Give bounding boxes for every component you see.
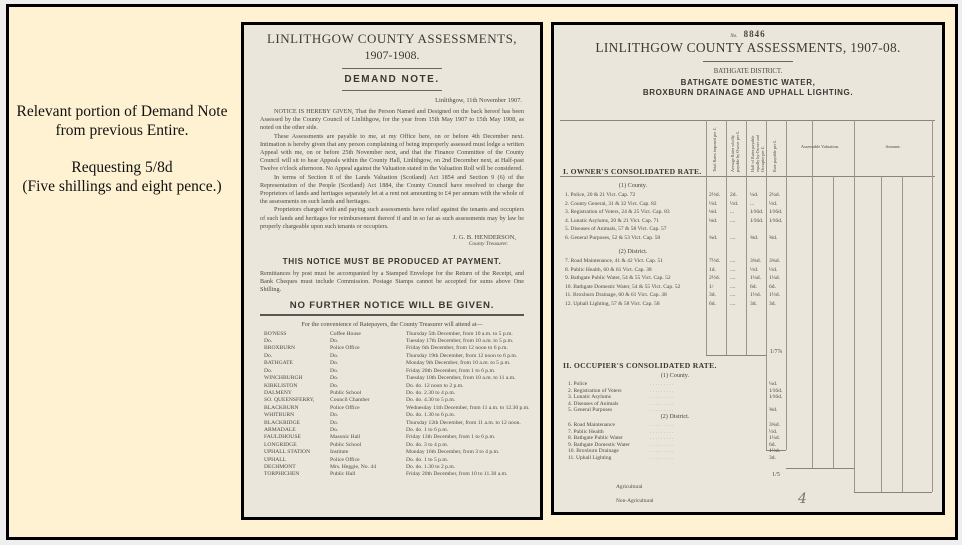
schedule-place: DECHMONT [262,464,328,471]
leader-dots: . . . . . . . . . [650,381,673,387]
leader-dots: . . . . . . . . . [650,442,673,448]
number-label: No. [730,34,737,39]
treasurer-signature: J. G. B. HENDERSON, [244,234,540,241]
rate-cell-c1: ⅛d. [709,209,717,215]
rate-row-label: 3. Registration of Voters, 24 & 25 Vict.… [565,209,670,215]
schedule-place: Do. [262,338,328,345]
header-rate-payable: Rate payable per £. [772,126,777,172]
rate-cell-c1: 1/ [709,284,713,290]
schedule-place: WHITBURN [262,412,328,419]
attendance-schedule: BO'NESSCoffee HouseThursday 5th December… [262,331,532,479]
leader-dots: . . . . . . . . . [650,429,673,435]
rate-cell-c1: 1d. [709,267,716,273]
occupier-rate-cell: ⅜d. [769,407,777,413]
leader-dots: . . . . . . . . . [650,422,673,428]
occupier-row-label: 5. General Purposes [568,407,612,413]
schedule-place: ARMADALE [262,427,328,434]
issue-date: Linlithgow, 11th November 1907. [244,97,540,104]
sum-box-line [902,513,903,515]
district-name: BATHGATE DISTRICT. [554,68,942,75]
demand-note-title: LINLITHGOW COUNTY ASSESSMENTS, [244,31,540,47]
schedule-time: Friday 6th December, from 12 noon to 6 p… [404,345,532,352]
number-value: 8846 [744,29,766,39]
rate-row-label: 7. Road Maintenance, 41 & 42 Vict. Cap. … [565,258,663,264]
schedule-time: Wednesday 11th December, from 11 a.m. to… [404,405,532,412]
attendance-intro: For the convenience of Ratepayers, the C… [244,321,540,328]
rate-row-label: 10. Bathgate Domestic Water, 54 & 55 Vic… [565,284,680,290]
caption: Relevant portion of Demand Note from pre… [8,102,236,196]
schedule-office: Institute [328,449,404,456]
schedule-row: WINCHBURGHDo.Tuesday 10th December, from… [262,375,532,382]
occupier-county-heading: (1) County. [600,372,750,379]
demand-note-document: LINLITHGOW COUNTY ASSESSMENTS, 1907-1908… [241,22,543,520]
schedule-office: Public School [328,442,404,449]
owner-total: 1/7⅞ [766,349,786,355]
schedule-place: DALMENY [262,390,328,397]
schedule-place: Do. [262,353,328,360]
owner-section-title: I. OWNER'S CONSOLIDATED RATE. [563,167,702,176]
schedule-place: BROXBURN [262,345,328,352]
schedule-office: Do. [328,383,404,390]
leader-dots: . . . . . . . . . [650,407,673,413]
occupier-rate-cell: 1½d. [769,448,780,454]
schedule-office: Do. [328,360,404,367]
schedule-place: WINCHBURGH [262,375,328,382]
schedule-office: Police Office [328,345,404,352]
schedule-office: Do. [328,427,404,434]
divider [342,68,442,69]
occupier-row-label: 11. Uphall Lighting [568,455,611,461]
schedule-time: Tuesday 10th December, from 10 a.m. to 1… [404,375,532,382]
assessment-document: No. 8846 LINLITHGOW COUNTY ASSESSMENTS, … [551,22,945,515]
assessment-title: LINLITHGOW COUNTY ASSESSMENTS, 1907-08. [554,40,942,56]
schedule-time: Friday 20th December, from 10 to 11.30 a… [404,471,532,478]
schedule-time: Do. do. 1 to 5 p.m. [404,457,532,464]
header-bottom-rule [560,176,935,177]
schedule-office: Do. [328,368,404,375]
rate-cell-c3: ⅜d. [750,235,758,241]
schedule-place: KIRKLISTON [262,383,328,390]
schedule-time: Friday 20th December, from 1 to 6 p.m. [404,368,532,375]
schedule-row: BLACKBURNPolice OfficeWednesday 11th Dec… [262,405,532,412]
rate-row-label: 5. Diseases of Animals, 57 & 58 Vict. Ca… [565,226,666,232]
schedule-place: BATHGATE [262,360,328,367]
leader-dots: . . . . . . . . . [650,435,673,441]
rate-cell-c3: 1⁄16d. [750,218,763,224]
divider [703,61,793,62]
schedule-time: Monday 16th December, from 3 to 4 p.m. [404,449,532,456]
schedule-row: WHITBURNDo.Do. do. 1.30 to 6 p.m. [262,412,532,419]
rate-cell-c2: .... [730,235,736,241]
schedule-row: DALMENYPublic SchoolDo. do. 2.30 to 4 p.… [262,390,532,397]
schedule-place: UPHALL STATION [262,449,328,456]
occupier-row-label: 2. Registration of Voters [568,388,622,394]
schedule-time: Thursday 5th December, from 10 a.m. to 5… [404,331,532,338]
rate-cell-c4: 3¾d. [769,258,780,264]
rate-cell-c2: .... [730,292,736,298]
schedule-time: Do. do. 12 noon to 2 p.m. [404,383,532,390]
column-line [706,120,707,355]
schedule-office: Police Office [328,457,404,464]
assessment-number: No. 8846 [554,29,942,39]
schedule-time: Do. do. 1.30 to 6 p.m. [404,412,532,419]
occupier-row-label: 9. Bathgate Domestic Water [568,442,630,448]
relief-paragraph: Proprietors charged with and paying such… [244,206,540,231]
occupier-row-label: 4. Diseases of Animals [568,401,618,407]
occupier-rate-cell: 1⁄16d. [769,388,782,394]
occupier-section-title: II. OCCUPIER'S CONSOLIDATED RATE. [563,361,717,370]
occupier-row-label: 3. Lunatic Asylums [568,394,611,400]
payment-paragraph: These Assessments are payable to me, at … [244,133,540,174]
rate-table: Total Rates imposed per £. Average Rates… [560,120,935,512]
rate-cell-c4: ½d. [769,201,777,207]
rate-cell-c3: 6d. [750,284,757,290]
rate-cell-c2: .... [730,267,736,273]
column-line [726,120,727,355]
rate-cell-c2: ... [730,209,734,215]
column-line [881,176,882,492]
schedule-row: UPHALL STATIONInstituteMonday 16th Decem… [262,449,532,456]
rate-cell-c2: .... [730,258,736,264]
schedule-office: Mrs. Heggie, No. 44 [328,464,404,471]
owner-box-bottom [706,355,766,356]
schedule-row: KIRKLISTONDo.Do. do. 12 noon to 2 p.m. [262,383,532,390]
rate-cell-c4: 6d. [769,284,776,290]
sum-box-line [854,513,855,515]
rate-cell-c2: .... [730,301,736,307]
header-assessable-valuation: Assessable Valuation. [786,144,854,149]
occupier-rate-cell: ½d. [769,429,777,435]
schedule-place: BLACKBURN [262,405,328,412]
rate-cell-c4: 1½d. [769,292,780,298]
rate-cell-c3: 3d. [750,301,757,307]
rate-row-label: 1. Police, 20 & 21 Vict. Cap. 72 [565,192,635,198]
schedule-place: BO'NESS [262,331,328,338]
leader-dots: . . . . . . . . . [650,448,673,454]
schedule-time: Do. do. 2.30 to 4 p.m. [404,390,532,397]
valuation-handwritten: 4 [798,491,807,507]
occupier-rate-cell: 1⁄16d. [769,394,782,400]
schedule-place: UPHALL [262,457,328,464]
assessment-subtitle-2: BROXBURN DRAINAGE AND UPHALL LIGHTING. [554,88,942,98]
rate-cell-c2: ½d. [730,201,738,207]
column-line [812,120,813,468]
schedule-office: Police Office [328,405,404,412]
schedule-row: TORPHICHENPublic HallFriday 20th Decembe… [262,471,532,478]
schedule-office: Do. [328,375,404,382]
rate-row-label: 12. Uphall Lighting, 57 & 58 Vict. Cap. … [565,301,660,307]
column-line [746,120,747,355]
schedule-place: LONGRIDGE [262,442,328,449]
owner-county-heading: (1) County. [560,182,706,189]
column-line [833,176,834,468]
final-notice: NO FURTHER NOTICE WILL BE GIVEN. [244,300,540,311]
occupier-district-heading: (2) District. [600,413,750,420]
rate-cell-c2: 2d. [730,192,737,198]
column-line [902,176,903,492]
occupier-total: 1/5 [766,472,786,478]
rate-cell-c2: .... [730,275,736,281]
rate-cell-c2: .... [730,218,736,224]
notice-paragraph: NOTICE IS HEREBY GIVEN, That the Person … [244,108,540,133]
occupier-rate-cell: 6d. [769,442,776,448]
schedule-time: Friday 13th December, from 1 to 6 p.m. [404,434,532,441]
rate-cell-c4: ⅜d. [769,235,777,241]
sum-box-line [917,513,918,515]
column-line [854,120,855,492]
schedule-row: SO. QUEENSFERRY,Council ChamberDo. do. 4… [262,397,532,404]
rate-cell-c1: 7½d. [709,258,720,264]
occupier-row-label: 10. Broxburn Drainage [568,448,619,454]
schedule-office: Do. [328,420,404,427]
rate-cell-c4: ½d. [769,267,777,273]
schedule-office: Do. [328,353,404,360]
header-owner-rates: Average Rates wholly payable by Owner pe… [730,126,740,172]
column-line [932,120,933,492]
occupier-rate-cell: 1¼d. [769,435,780,441]
occupier-rate-cell: ¼d. [769,381,777,387]
agricultural-label: Agricultural [616,484,642,490]
caption-description: Relevant portion of Demand Note from pre… [8,102,236,140]
rate-cell-c3: 3¾d. [750,258,761,264]
treasurer-title: County Treasurer. [244,241,540,247]
valuation-box-bottom [786,468,854,469]
column-line [766,120,767,450]
divider [342,90,442,91]
rate-cell-c3: ½d. [750,267,758,273]
rate-cell-c1: 6d. [709,301,716,307]
rate-cell-c4: 1⁄16d. [769,218,782,224]
schedule-office: Masonic Hall [328,434,404,441]
rate-cell-c1: 3d. [709,292,716,298]
header-amount: Amount. [854,144,932,149]
caption-amount-words: (Five shillings and eight pence.) [8,177,236,196]
rate-cell-c4: 2¼d. [769,192,780,198]
schedule-row: BROXBURNPolice OfficeFriday 6th December… [262,345,532,352]
schedule-office: Do. [328,412,404,419]
schedule-office: Public School [328,390,404,397]
assessment-subtitle-1: BATHGATE DOMESTIC WATER, [554,78,942,88]
occupier-rate-cell: 3d. [769,455,776,461]
schedule-place: SO. QUEENSFERRY, [262,397,328,404]
schedule-row: BO'NESSCoffee HouseThursday 5th December… [262,331,532,338]
occupier-row-label: 1. Police [568,381,587,387]
leader-dots: . . . . . . . . . [650,401,673,407]
rate-row-label: 4. Lunatic Asylums, 20 & 21 Vict. Cap. 7… [565,218,659,224]
leader-dots: . . . . . . . . . [650,394,673,400]
rate-cell-c1: ½d. [709,201,717,207]
produce-notice: THIS NOTICE MUST BE PRODUCED AT PAYMENT. [244,257,540,266]
rate-cell-c4: 1⁄16d. [769,209,782,215]
rate-row-label: 2. County General, 31 & 32 Vict. Cap. 82 [565,201,657,207]
schedule-time: Monday 9th December, from 10 a.m. to 5 p… [404,360,532,367]
header-half-rates: Half of Rates payable equally by Owner a… [750,126,765,172]
rate-row-label: 9. Bathgate Public Water, 54 & 55 Vict. … [565,275,671,281]
rate-cell-c1: 2½d. [709,275,720,281]
rate-cell-c3: ¼d. [750,192,758,198]
demand-note-heading: DEMAND NOTE. [244,74,540,85]
non-agricultural-label: Non-Agricultural [616,498,653,504]
valuation-act-paragraph: In terms of Section 8 of the Lands Valua… [244,174,540,207]
amount-box-bottom [854,492,932,493]
rate-cell-c2: .... [730,284,736,290]
column-line [786,120,787,450]
schedule-time: Thursday 12th December, from 11 a.m. to … [404,420,532,427]
rate-row-label: 8. Public Health, 60 & 61 Vict. Cap. 38 [565,267,652,273]
schedule-place: BLACKRIDGE [262,420,328,427]
occupier-row-label: 8. Bathgate Public Water [568,435,623,441]
rate-cell-c1: ¾d. [709,235,717,241]
schedule-office: Coffee House [328,331,404,338]
schedule-row: FAULDHOUSEMasonic HallFriday 13th Decemb… [262,434,532,441]
rate-cell-c4: 3d. [769,301,776,307]
schedule-place: TORPHICHEN [262,471,328,478]
schedule-place: FAULDHOUSE [262,434,328,441]
rate-cell-c3: 1¼d. [750,275,761,281]
schedule-row: BLACKRIDGEDo.Thursday 12th December, fro… [262,420,532,427]
rate-row-label: 6. General Purposes, 52 & 53 Vict. Cap. … [565,235,660,241]
remittance-paragraph: Remittances by post must be accompanied … [244,270,540,295]
rate-row-label: 11. Broxburn Drainage, 60 & 61 Vict. Cap… [565,292,667,298]
schedule-office: Council Chamber [328,397,404,404]
rate-cell-c3: ... [750,201,754,207]
rate-cell-c1: 2½d. [709,192,720,198]
divider [260,314,524,316]
owner-district-heading: (2) District. [560,248,706,255]
schedule-place: Do. [262,368,328,375]
header-total-rates: Total Rates imposed per £. [712,126,717,172]
leader-dots: . . . . . . . . . [650,455,673,461]
schedule-row: BATHGATEDo.Monday 9th December, from 10 … [262,360,532,367]
schedule-row: Do.Do.Friday 20th December, from 1 to 6 … [262,368,532,375]
caption-request: Requesting 5/8d [8,158,236,177]
leader-dots: . . . . . . . . . [650,388,673,394]
rate-cell-c3: 1½d. [750,292,761,298]
rate-cell-c3: 1⁄16d. [750,209,763,215]
sum-box-top [854,513,932,514]
schedule-row: UPHALLPolice OfficeDo. do. 1 to 5 p.m. [262,457,532,464]
rate-cell-c1: ⅛d. [709,218,717,224]
occupier-row-label: 7. Public Health [568,429,604,435]
occupier-row-label: 6. Road Maintenance [568,422,615,428]
demand-note-years: 1907-1908. [244,48,540,63]
occupier-rate-cell: 3¾d. [769,422,780,428]
schedule-office: Public Hall [328,471,404,478]
rate-cell-c4: 1¼d. [769,275,780,281]
table-top-rule [560,120,935,121]
schedule-time: Do. do. 4.30 to 5 p.m. [404,397,532,404]
